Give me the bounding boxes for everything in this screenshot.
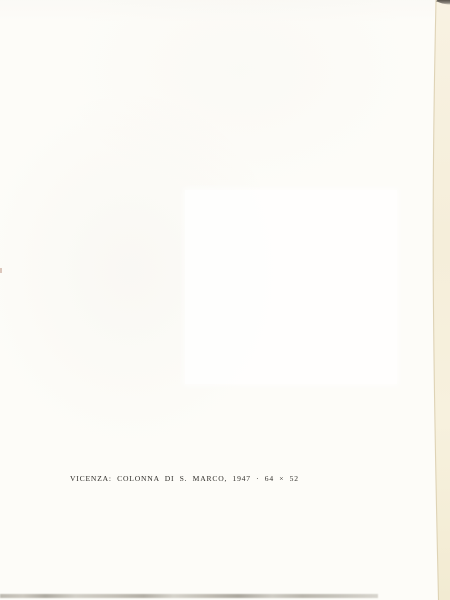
plate-caption: VICENZA: COLONNA DI S. MARCO, 1947 · 64 … [70,470,371,488]
fore-edge-fill [433,0,450,600]
plate-show-through-area [185,190,397,384]
page-fore-edge [426,0,450,600]
plate-caption-text: VICENZA: COLONNA DI S. MARCO, 1947 · 64 … [70,475,299,483]
scanned-book-page: VICENZA: COLONNA DI S. MARCO, 1947 · 64 … [0,0,450,600]
bottom-page-edge-shadow [0,594,378,598]
left-edge-speck [0,268,2,273]
